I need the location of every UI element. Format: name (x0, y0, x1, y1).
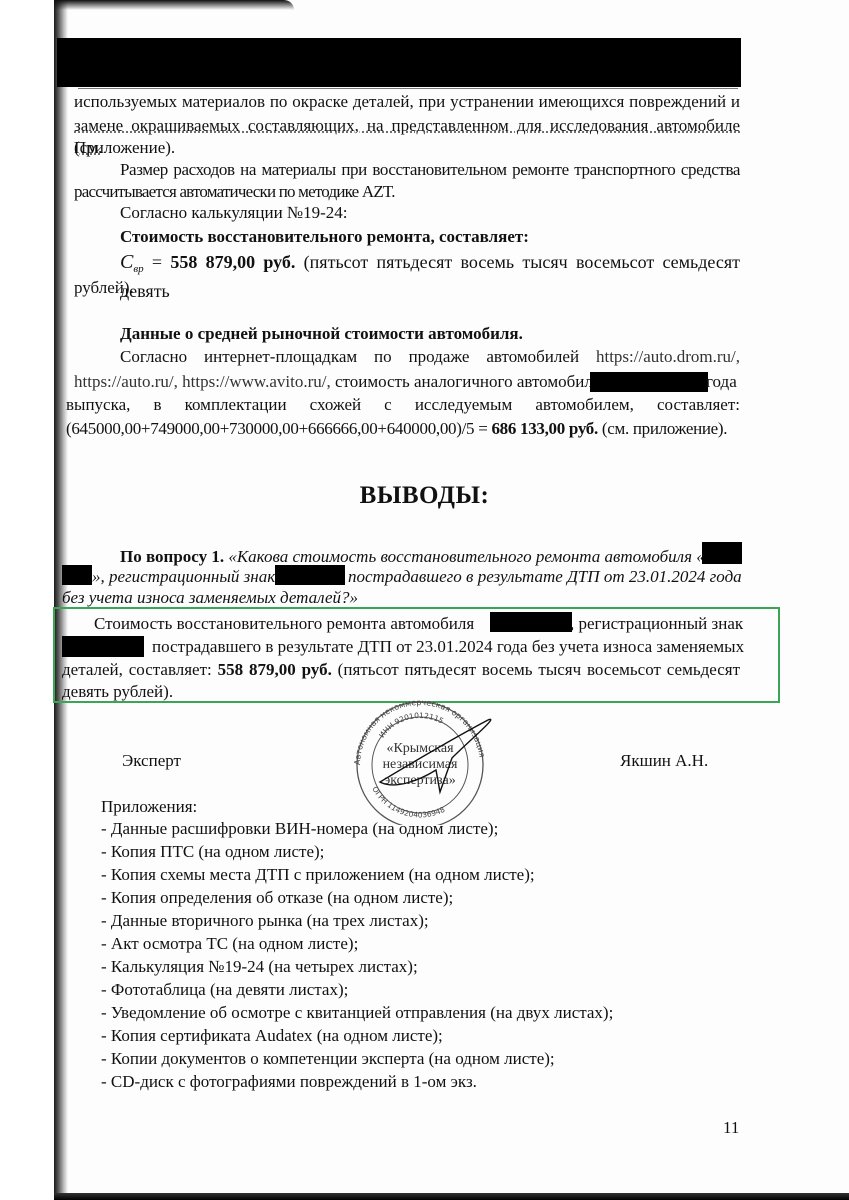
appendices-title: Приложения: (101, 796, 197, 818)
answer-1-line-4: девять рублей). (62, 681, 173, 703)
organization-stamp-icon: Автономная некоммерческая организация ИН… (340, 695, 500, 825)
link-auto-drom[interactable]: https://auto.drom.ru/, (596, 347, 740, 366)
cost-symbol: C (120, 251, 133, 273)
market-average: 686 133,00 руб. (491, 419, 598, 438)
appendix-item: - Фототаблица (на девяти листах); (101, 979, 348, 1001)
market-line-2-year: года (706, 371, 737, 393)
appendix-item: - Копия схемы места ДТП с приложением (н… (101, 864, 535, 886)
svg-text:экспертиза»: экспертиза» (384, 773, 456, 788)
appendix-item: - Копия ПТС (на одном листе); (101, 841, 324, 863)
question-1-text: «Какова стоимость восстановительного рем… (228, 547, 704, 566)
page-number: 11 (723, 1118, 739, 1138)
market-line-2: https://auto.ru/, https://www.avito.ru/,… (74, 371, 613, 393)
appendix-item: - CD-диск с фотографиями повреждений в 1… (101, 1071, 477, 1093)
appendix-item: - Уведомление об осмотре с квитанцией от… (101, 1002, 613, 1024)
intro-line-3: Приложение). (74, 137, 175, 159)
appendix-item: - Копия сертификата Audatex (на одном ли… (101, 1025, 443, 1047)
question-1-line-2a: », регистрационный знак (92, 566, 275, 588)
links-auto-avito[interactable]: https://auto.ru/, https://www.avito.ru/, (74, 372, 331, 391)
repair-cost-line: Cвр = 558 879,00 руб. (пятьсот пятьдесят… (120, 251, 740, 302)
answer-1-line-1a: Стоимость восстановительного ремонта авт… (94, 613, 474, 635)
redaction-answer-vehicle (490, 612, 572, 632)
appendix-item: - Калькуляция №19-24 (на четырех листах)… (101, 956, 418, 978)
market-line-1: Согласно интернет-площадкам по продаже а… (120, 346, 740, 368)
signature-name: Якшин А.Н. (620, 750, 708, 772)
redaction-vehicle-model (590, 372, 708, 392)
cost-subscript: вр (133, 263, 143, 275)
scan-edge-bottom (54, 1193, 849, 1200)
repair-cost-heading: Стоимость восстановительного ремонта, со… (120, 226, 529, 248)
redaction-q1-plate (275, 565, 345, 585)
appendix-item: - Данные вторичного рынка (на трех листа… (101, 910, 429, 932)
question-1-line-2b: пострадавшего в результате ДТП от 23.01.… (348, 566, 742, 588)
svg-text:«Крымская: «Крымская (386, 741, 454, 756)
answer-1-words: (пятьсот пятьдесят восемь тысяч восемьсо… (332, 660, 740, 679)
market-formula: (645000,00+749000,00+730000,00+666666,00… (66, 419, 491, 438)
materials-line-2: рассчитывается автоматически по методике… (74, 181, 395, 203)
answer-1-line-3: деталей, составляет: 558 879,00 руб. (пя… (62, 659, 740, 681)
redaction-q1-vehicle-a (702, 542, 742, 564)
question-1-line-1: По вопросу 1. «Какова стоимость восстано… (120, 546, 705, 568)
market-line-4: (645000,00+749000,00+730000,00+666666,00… (66, 418, 727, 440)
market-line-2-text: стоимость аналогичного автомобиля « (335, 372, 613, 391)
redaction-answer-plate (62, 636, 144, 657)
conclusions-heading: ВЫВОДЫ: (0, 482, 849, 510)
svg-text:независимая: независимая (383, 757, 458, 772)
answer-1-amount: 558 879,00 руб. (218, 660, 332, 679)
market-tail: (см. приложение). (598, 419, 727, 438)
cost-equals: = (144, 252, 171, 272)
repair-cost-words-end: рублей). (74, 277, 134, 299)
market-value-heading: Данные о средней рыночной стоимости авто… (120, 323, 523, 345)
calculation-reference: Согласно калькуляции №19-24: (120, 202, 348, 224)
appendix-item: - Копия определения об отказе (на одном … (101, 887, 453, 909)
question-1-line-3: без учета износа заменяемых деталей?» (62, 587, 358, 609)
question-1-label: По вопросу 1. (120, 547, 224, 566)
intro-line-1: используемых материалов по окраске детал… (74, 91, 740, 113)
appendix-item: - Акт осмотра ТС (на одном листе); (101, 933, 358, 955)
appendix-item: - Данные расшифровки ВИН-номера (на одно… (101, 818, 498, 840)
answer-1-line-1b: , регистрационный знак (570, 613, 743, 635)
appendix-item: - Копии документов о компетенции эксперт… (101, 1048, 555, 1070)
divider-line (78, 88, 738, 89)
repair-cost-amount: 558 879,00 руб. (170, 252, 295, 272)
scan-shadow-top (54, 0, 294, 10)
market-line-1-text: Согласно интернет-площадкам по продаже а… (120, 347, 579, 366)
answer-1-line-3-text: деталей, составляет: (62, 660, 218, 679)
market-line-3: выпуска, в комплектации схожей с исследу… (66, 394, 740, 416)
materials-line-1: Размер расходов на материалы при восстан… (120, 159, 740, 181)
answer-1-line-2: пострадавшего в результате ДТП от 23.01.… (152, 636, 744, 658)
redaction-header (57, 38, 741, 87)
redaction-q1-vehicle-b (62, 565, 92, 585)
signature-role: Эксперт (122, 750, 181, 772)
